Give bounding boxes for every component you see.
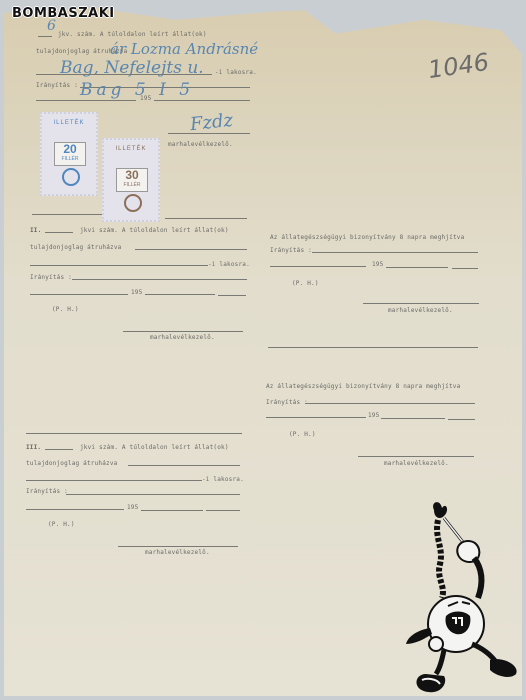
hw-signature: Fzdz (189, 110, 234, 135)
stamp-value: 30 (117, 169, 147, 182)
stamp-value: 20 (55, 143, 85, 156)
right2-ph: (P. H.) (289, 431, 316, 438)
rule (26, 433, 242, 434)
rule (141, 510, 203, 511)
rule (26, 480, 202, 481)
rule (206, 510, 240, 511)
section2-signer: marhalevélkezelő. (150, 334, 215, 341)
coat-of-arms-icon (124, 194, 142, 212)
rule (218, 295, 246, 296)
rule (36, 74, 212, 75)
stamp-unit: FILLÉR (55, 156, 85, 162)
stamp-unit: FILLÉR (117, 182, 147, 188)
rule (45, 449, 73, 450)
section3-lakos: -i lakosra. (202, 476, 244, 483)
section1-year: 195 (140, 95, 151, 102)
rule (32, 214, 102, 215)
rule (452, 268, 478, 269)
section1-lakos: -i lakosra. (215, 69, 257, 76)
stamp-label: ILLETÉK (104, 146, 158, 152)
rule (358, 456, 474, 457)
section2-lakos: -i lakosra. (208, 261, 250, 268)
section3-signer: marhalevélkezelő. (145, 549, 210, 556)
right1-signer: marhalevélkezelő. (388, 307, 453, 314)
hw-date: Bag 5 I 5 (80, 80, 194, 100)
section2-line2-label: tulajdonjoglag átruházva (30, 244, 122, 251)
section2-line1: jkvi szám. A túloldalon leírt állat(ok) (80, 227, 229, 234)
rule (165, 218, 247, 219)
right1-year: 195 (372, 261, 383, 268)
section2-ph: (P. H.) (52, 306, 79, 313)
section3-ph: (P. H.) (48, 521, 75, 528)
rule (36, 100, 136, 101)
section1-signer: marhalevélkezelő. (168, 141, 233, 148)
right2-year: 195 (368, 412, 379, 419)
rule (386, 267, 448, 268)
right1-ph: (P. H.) (292, 280, 319, 287)
right1-iranyitas: Irányítás : (270, 247, 312, 254)
rule (145, 294, 215, 295)
section2-iranyitas: Irányítás : (30, 274, 72, 281)
stamp-label: ILLETÉK (42, 120, 96, 126)
section1-line1: jkv. szám. A túloldalon leírt állat(ok) (58, 31, 207, 38)
right2-iranyitas: Irányítás : (266, 399, 308, 406)
section3-line1: jkvi szám. A túloldalon leírt állat(ok) (80, 444, 229, 451)
right2-signer: marhalevélkezelő. (384, 460, 449, 467)
section3-year: 195 (127, 504, 138, 511)
stamp-20-filler: ILLETÉK 20FILLÉR (40, 112, 98, 196)
rule (38, 36, 52, 37)
section3-line2-label: tulajdonjoglag átruházva (26, 460, 118, 467)
hw-recipient: ár Lozma Andrásné (110, 40, 258, 58)
rule (268, 347, 478, 348)
rule (45, 232, 73, 233)
rule (363, 303, 479, 304)
rule (123, 331, 243, 332)
section1-iranyitas: Irányítás : (36, 82, 78, 89)
rule (118, 546, 238, 547)
rule (154, 100, 250, 101)
rule (30, 294, 128, 295)
right2-line1: Az állategészségügyi bizonyítvány 8 napr… (266, 383, 460, 390)
rule (305, 403, 475, 404)
rule (26, 509, 124, 510)
rule (381, 418, 445, 419)
rule (128, 465, 240, 466)
rule (135, 249, 247, 250)
section2-year: 195 (131, 289, 142, 296)
section3-roman: III. (26, 444, 41, 451)
bomb-mascot-icon (400, 498, 526, 698)
rule (72, 279, 247, 280)
rule (448, 419, 475, 420)
hw-place: Bag, Nefelejts u. (60, 58, 204, 78)
right1-line1: Az állategészségügyi bizonyítvány 8 napr… (270, 234, 464, 241)
rule (270, 266, 366, 267)
coat-of-arms-icon (62, 168, 80, 186)
watermark-logo: BOMBASZAKI (12, 6, 115, 21)
rule (266, 417, 366, 418)
rule (312, 252, 478, 253)
section3-iranyitas: Irányítás : (26, 488, 68, 495)
rule (30, 265, 208, 266)
rule (66, 494, 240, 495)
section2-roman: II. (30, 227, 41, 234)
hw-number: 6 (47, 18, 56, 34)
stamp-30-filler: ILLETÉK 30FILLÉR (102, 138, 160, 222)
